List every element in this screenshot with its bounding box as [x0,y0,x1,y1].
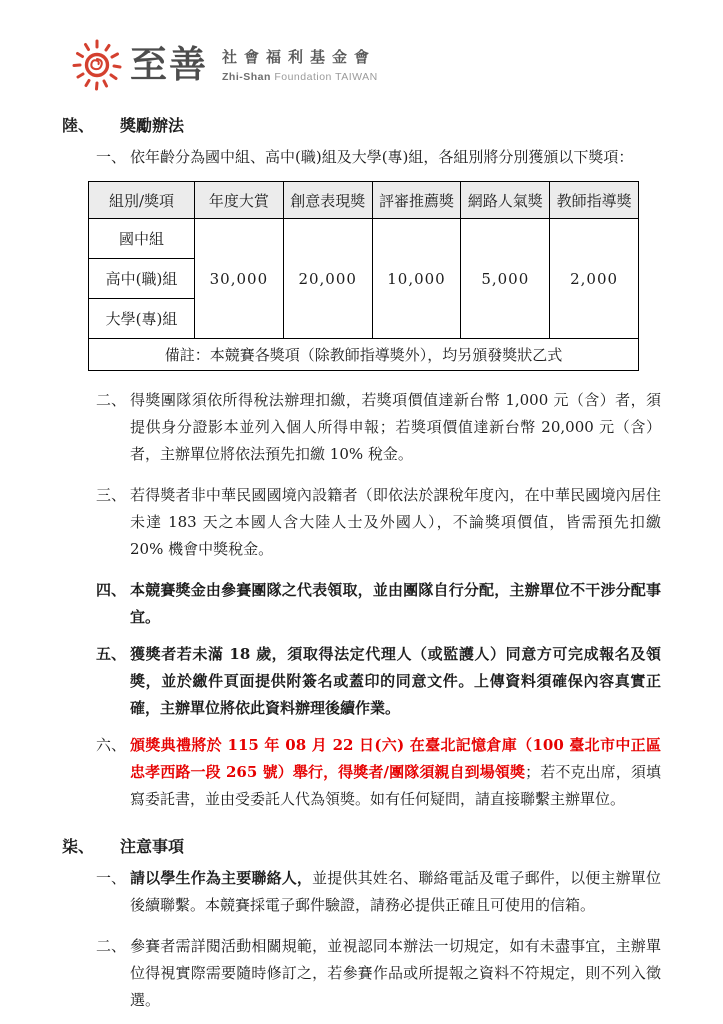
logo-org-en-bold: Zhi-Shan [222,71,271,83]
awards-item-3: 三、 若得獎者非中華民國國境內設籍者（即依法於課稅年度內，在中華民國境內居住未達… [0,482,723,563]
awards-item-2-number: 二、 [96,387,130,414]
logo-org-zh: 社會福利基金會 [222,46,378,67]
notes-item-2-number: 二、 [96,933,130,960]
awards-item-4: 四、 本競賽獎金由參賽團隊之代表領取，並由團隊自行分配，主辦單位不干涉分配事宜。 [0,577,723,631]
award-table-group-junior: 國中組 [89,219,195,259]
award-table-group-college: 大學(專)組 [89,299,195,339]
awards-item-6: 六、 頒獎典禮將於 115 年 08 月 22 日(六) 在臺北記憶倉庫（100… [0,732,723,813]
foundation-logo: 至善 社會福利基金會 Zhi-Shan Foundation TAIWAN [72,36,723,92]
awards-item-3-number: 三、 [96,482,130,509]
section-notes-heading: 柒、 注意事項 [0,835,723,859]
awards-item-1-number: 一、 [96,144,130,171]
awards-item-6-number: 六、 [96,732,130,759]
notes-item-1-bold-lead: 請以學生作為主要聯絡人， [130,869,312,887]
section-awards-title: 獎勵辦法 [120,114,184,138]
logo-org-en-rest: Foundation TAIWAN [271,71,378,83]
logo-name-zh: 至善 [130,46,208,83]
award-table-remark: 備註：本競賽各獎項（除教師指導獎外），均另頒發獎狀乙式 [89,339,639,371]
awards-item-2: 二、 得獎團隊須依所得稅法辦理扣繳，若獎項價值達新台幣 1,000 元（含）者，… [0,387,723,468]
awards-item-1-text: 依年齡分為國中組、高中(職)組及大學(專)組，各組別將分別獲頒以下獎項： [130,144,661,171]
notes-item-2: 二、 參賽者需詳閱活動相關規範，並視認同本辦法一切規定，如有未盡事宜，主辦單位得… [0,933,723,1014]
awards-item-4-number: 四、 [96,577,130,604]
notes-item-1: 一、 請以學生作為主要聯絡人，並提供其姓名、聯絡電話及電子郵件，以便主辦單位後續… [0,865,723,919]
award-table-header-row: 組別/獎項 年度大賞 創意表現獎 評審推薦獎 網路人氣獎 教師指導獎 [89,182,639,219]
awards-item-6-text: 頒獎典禮將於 115 年 08 月 22 日(六) 在臺北記憶倉庫（100 臺北… [130,732,661,813]
award-table-header-jury: 評審推薦獎 [372,182,461,219]
award-amount-creative: 20,000 [283,219,372,339]
table-row: 備註：本競賽各獎項（除教師指導獎外），均另頒發獎狀乙式 [89,339,639,371]
section-notes-title: 注意事項 [120,835,184,859]
award-table-header-group: 組別/獎項 [89,182,195,219]
section-awards-heading: 陸、 獎勵辦法 [0,114,723,138]
award-table: 組別/獎項 年度大賞 創意表現獎 評審推薦獎 網路人氣獎 教師指導獎 國中組 3… [88,181,639,371]
notes-item-2-text: 參賽者需詳閱活動相關規範，並視認同本辦法一切規定，如有未盡事宜，主辦單位得視實際… [130,933,661,1014]
award-amount-grand: 30,000 [195,219,284,339]
awards-item-2-text: 得獎團隊須依所得稅法辦理扣繳，若獎項價值達新台幣 1,000 元（含）者，須提供… [130,387,661,468]
logo-org-block: 社會福利基金會 Zhi-Shan Foundation TAIWAN [222,46,378,83]
award-amount-popularity: 5,000 [461,219,550,339]
awards-item-1: 一、 依年齡分為國中組、高中(職)組及大學(專)組，各組別將分別獲頒以下獎項： [0,144,723,171]
notes-item-1-number: 一、 [96,865,130,892]
award-table-header-popularity: 網路人氣獎 [461,182,550,219]
award-table-header-creative: 創意表現獎 [283,182,372,219]
award-amount-jury: 10,000 [372,219,461,339]
awards-item-3-text: 若得獎者非中華民國國境內設籍者（即依法於課稅年度內，在中華民國境內居住未達 18… [130,482,661,563]
notes-item-1-text: 請以學生作為主要聯絡人，並提供其姓名、聯絡電話及電子郵件，以便主辦單位後續聯繫。… [130,865,661,919]
document-page: 至善 社會福利基金會 Zhi-Shan Foundation TAIWAN 陸、… [0,0,723,1024]
awards-item-4-text: 本競賽獎金由參賽團隊之代表領取，並由團隊自行分配，主辦單位不干涉分配事宜。 [130,577,661,631]
award-table-header-grand: 年度大賞 [195,182,284,219]
section-notes-number: 柒、 [62,835,120,859]
sun-logo-icon [72,37,122,91]
awards-item-5-text: 獲獎者若未滿 18 歲，須取得法定代理人（或監護人）同意方可完成報名及領獎，並於… [130,641,661,722]
logo-org-en: Zhi-Shan Foundation TAIWAN [222,71,378,83]
awards-item-5: 五、 獲獎者若未滿 18 歲，須取得法定代理人（或監護人）同意方可完成報名及領獎… [0,641,723,722]
award-table-group-senior: 高中(職)組 [89,259,195,299]
award-amount-teacher: 2,000 [550,219,639,339]
award-table-header-teacher: 教師指導獎 [550,182,639,219]
awards-item-5-number: 五、 [96,641,130,668]
table-row: 國中組 30,000 20,000 10,000 5,000 2,000 [89,219,639,259]
section-awards-number: 陸、 [62,114,120,138]
